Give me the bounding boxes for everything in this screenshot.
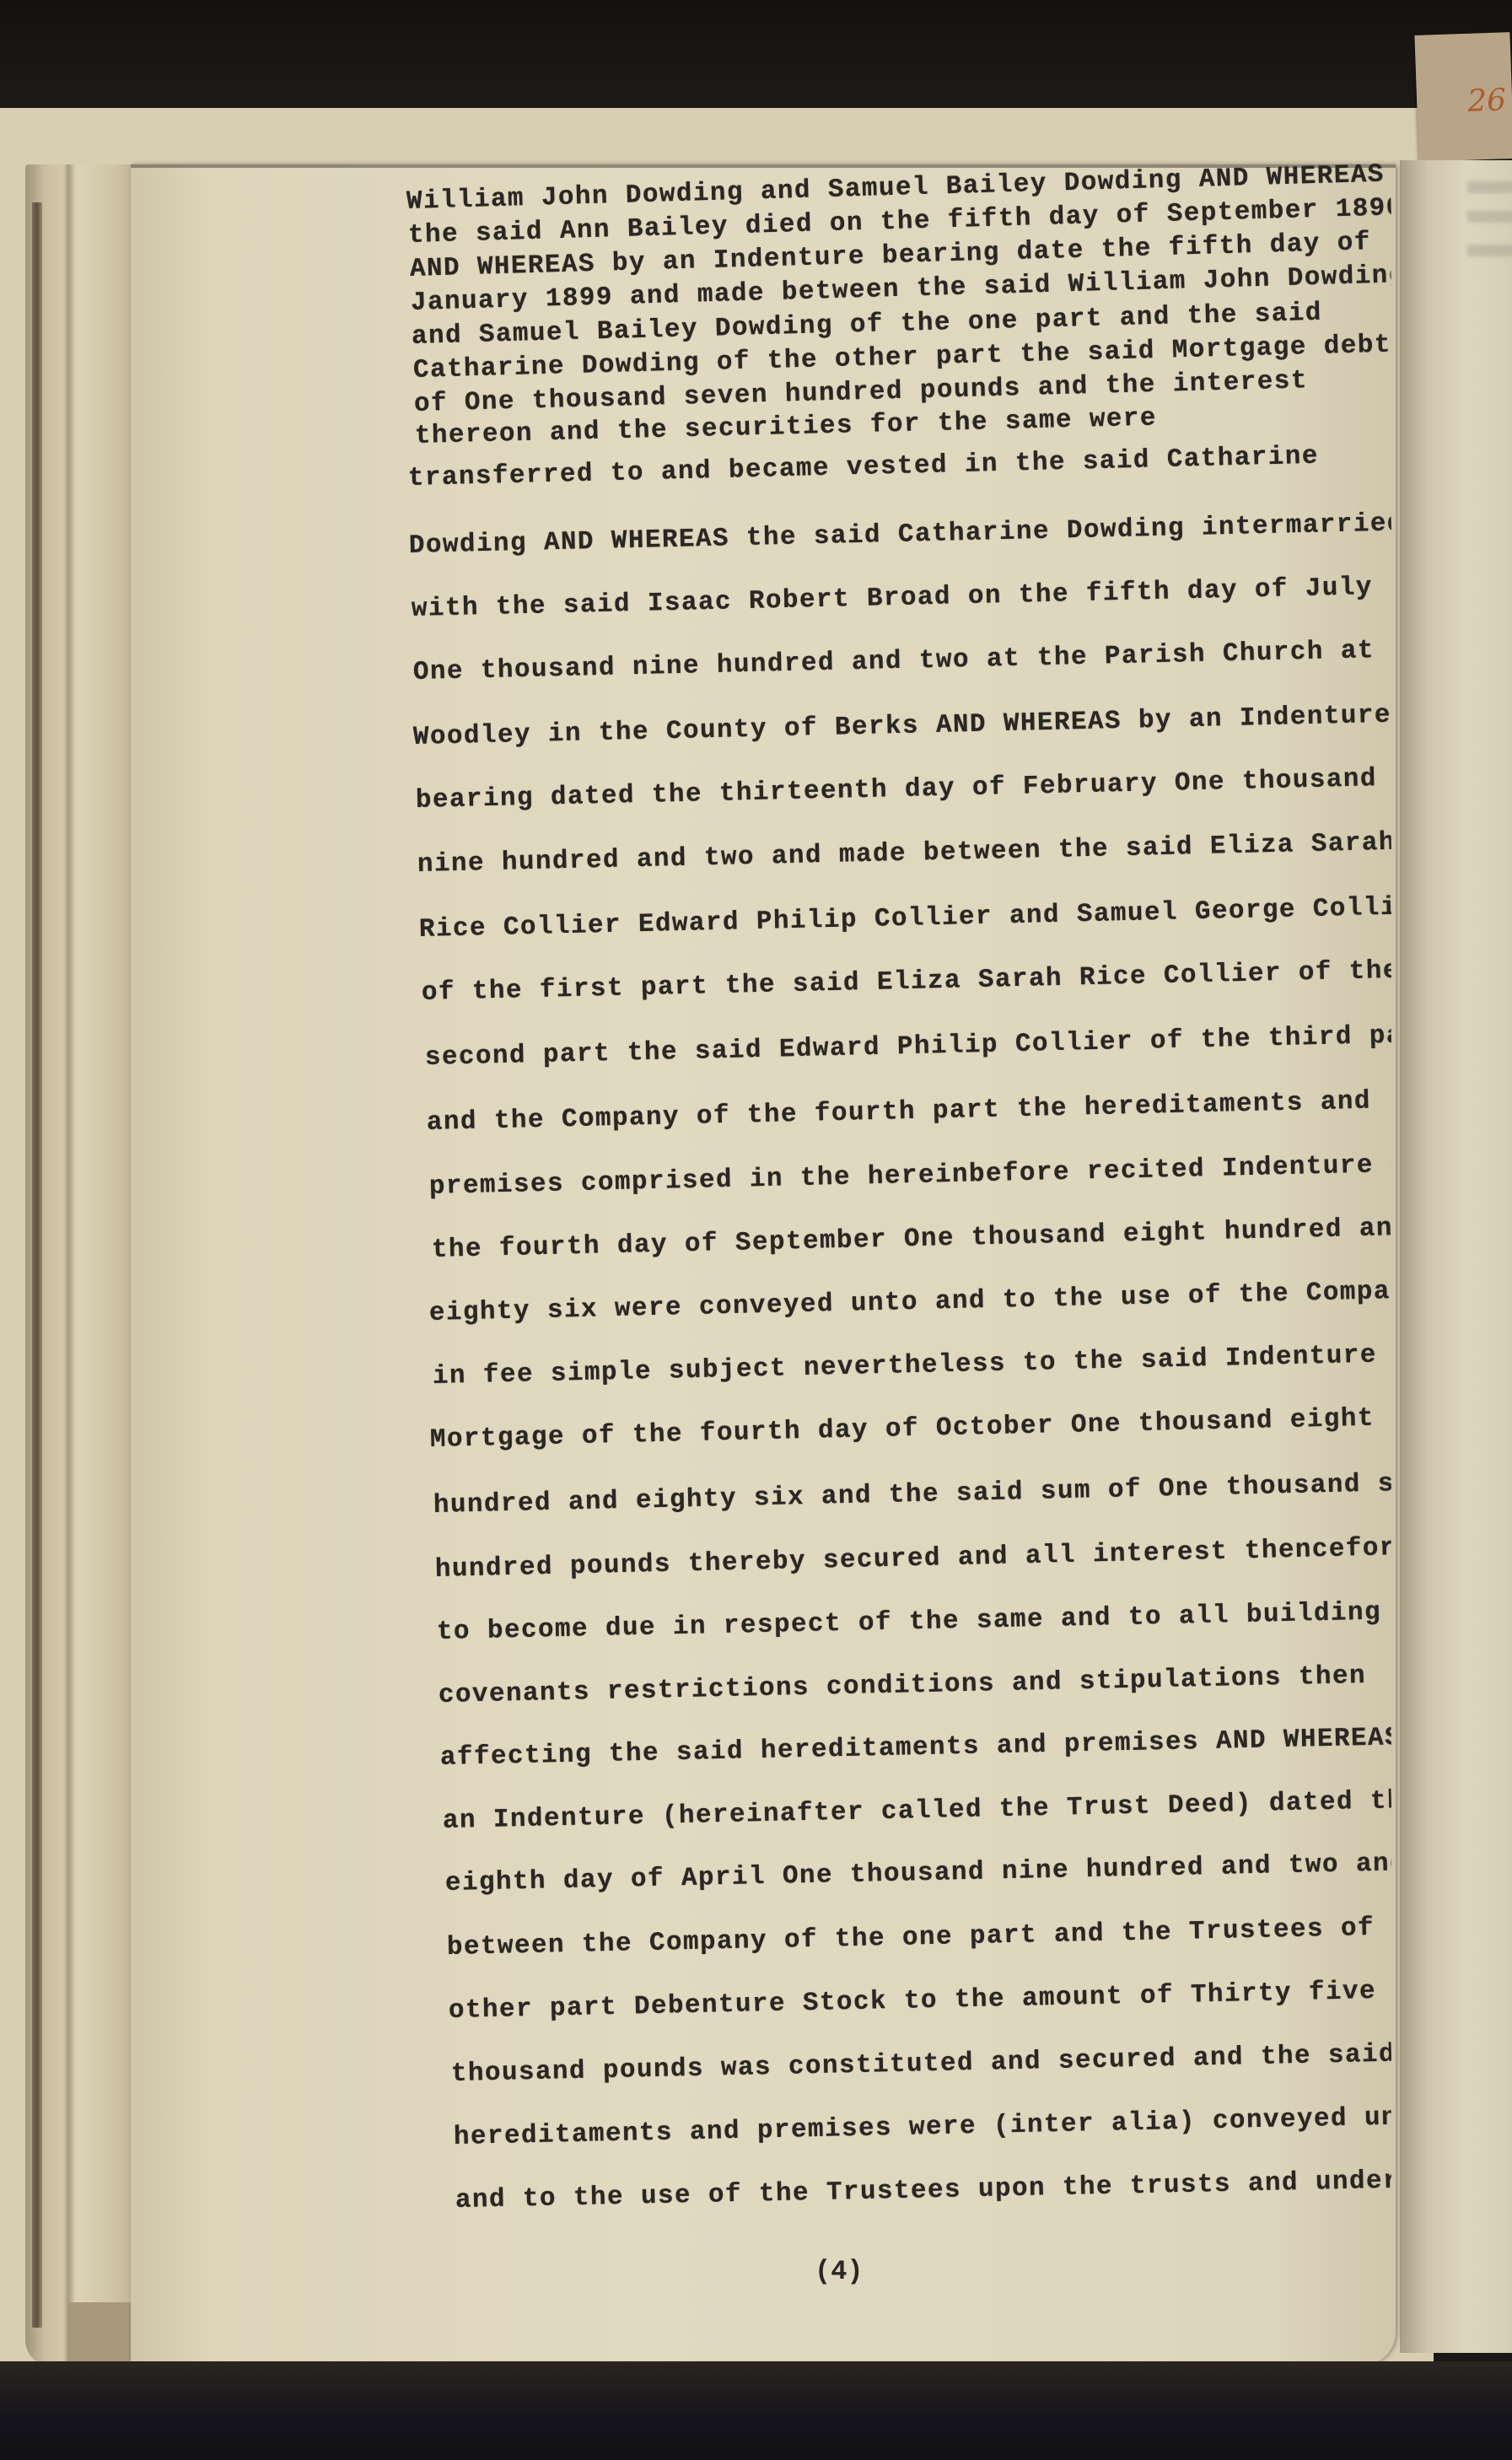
text-line: hundred and eighty six and the said sum … <box>433 1469 1392 1521</box>
text-line: premises comprised in the hereinbefore r… <box>429 1150 1392 1202</box>
text-line: eighty six were conveyed unto and to the… <box>429 1277 1392 1328</box>
text-line: Woodley in the County of Berks AND WHERE… <box>413 701 1391 752</box>
text-line: other part Debenture Stock to the amount… <box>449 1977 1377 2026</box>
text-line: in fee simple subject nevertheless to th… <box>433 1340 1392 1391</box>
text-line: Rice Collier Edward Philip Collier and S… <box>419 893 1391 945</box>
text-line: transferred to and became vested in the … <box>408 442 1320 493</box>
typed-text-body: William John Dowding and Samuel Bailey D… <box>0 0 1512 2460</box>
text-line: the fourth day of September One thousand… <box>432 1214 1392 1265</box>
text-line: eighth day of April One thousand nine hu… <box>445 1849 1391 1898</box>
text-line: thousand pounds was constituted and secu… <box>451 2040 1391 2089</box>
page-number: (4) <box>815 2256 864 2287</box>
text-line: between the Company of the one part and … <box>447 1914 1391 1962</box>
text-line: and the Company of the fourth part the h… <box>427 1087 1372 1138</box>
text-line: to become due in respect of the same and… <box>437 1598 1382 1647</box>
text-line: bearing dated the thirteenth day of Febr… <box>416 764 1378 816</box>
text-line: of the first part the said Eliza Sarah R… <box>422 956 1391 1008</box>
text-line: hundred pounds thereby secured and all i… <box>435 1533 1392 1585</box>
text-line: affecting the said hereditaments and pre… <box>440 1723 1391 1773</box>
text-line: hereditaments and premises were (inter a… <box>454 2103 1391 2152</box>
text-line: Dowding AND WHEREAS the said Catharine D… <box>409 509 1391 561</box>
text-line: Mortgage of the fourth day of October On… <box>430 1404 1375 1455</box>
text-line: One thousand nine hundred and two at the… <box>413 636 1375 687</box>
text-line: second part the said Edward Philip Colli… <box>425 1021 1391 1073</box>
text-line: with the said Isaac Robert Broad on the … <box>412 573 1374 624</box>
text-line: covenants restrictions conditions and st… <box>439 1661 1367 1710</box>
text-line: and to the use of the Trustees upon the … <box>455 2167 1391 2215</box>
text-line: nine hundred and two and made between th… <box>417 828 1391 880</box>
text-line: an Indenture (hereinafter called the Tru… <box>443 1786 1391 1836</box>
